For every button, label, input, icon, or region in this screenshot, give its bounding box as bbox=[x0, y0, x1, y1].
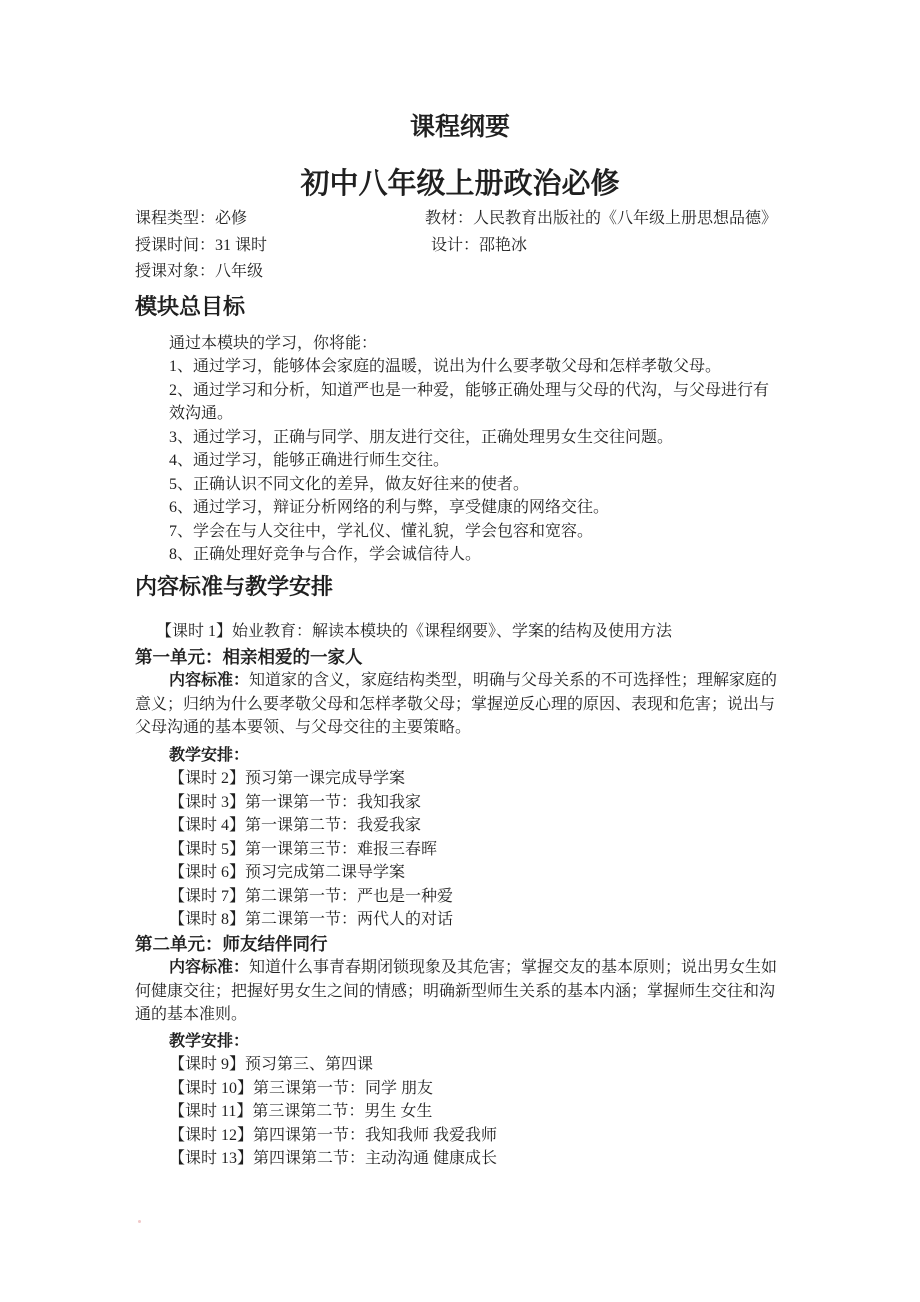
goal-line-7: 7、学会在与人交往中，学礼仪、懂礼貌，学会包容和宽容。 bbox=[169, 520, 785, 544]
unit2-content-standard: 内容标准：知道什么事青春期闭锁现象及其危害；掌握交友的基本原则；说出男女生如 何… bbox=[135, 956, 785, 1027]
goal-line-8: 8、正确处理好竞争与合作，学会诚信待人。 bbox=[169, 543, 785, 567]
lesson-item-9: 【课时 9】预习第三、第四课 bbox=[169, 1053, 785, 1077]
course-type-text: 课程类型：必修 bbox=[135, 206, 425, 233]
unit1-standard-label: 内容标准： bbox=[169, 672, 249, 689]
unit2-standard-text-1: 知道什么事青春期闭锁现象及其危害；掌握交友的基本原则；说出男女生如 bbox=[249, 959, 777, 976]
unit1-standard-line-2: 意义；归纳为什么要孝敬父母和怎样孝敬父母；掌握逆反心理的原因、表现和危害；说出与 bbox=[135, 693, 785, 717]
unit1-heading: 第一单元：相亲相爱的一家人 bbox=[135, 646, 785, 670]
document-title: 课程纲要 bbox=[135, 112, 785, 144]
course-info-block: 课程类型：必修 教材：人民教育出版社的《八年级上册思想品德》 授课时间：31 课… bbox=[135, 206, 785, 286]
lesson-item-8: 【课时 8】第二课第一节：两代人的对话 bbox=[169, 908, 785, 932]
module-goals-list: 通过本模块的学习，你将能： 1、通过学习，能够体会家庭的温暖，说出为什么要孝敬父… bbox=[135, 332, 785, 567]
lesson-item-4: 【课时 4】第一课第二节：我爱我家 bbox=[169, 814, 785, 838]
lesson-item-12: 【课时 12】第四课第一节：我知我师 我爱我师 bbox=[169, 1124, 785, 1148]
lesson-item-10: 【课时 10】第三课第一节：同学 朋友 bbox=[169, 1077, 785, 1101]
lesson-item-1: 【课时 1】始业教育：解读本模块的《课程纲要》、学案的结构及使用方法 bbox=[156, 620, 785, 644]
lesson-item-11: 【课时 11】第三课第二节：男生 女生 bbox=[169, 1100, 785, 1124]
info-row-2: 授课时间：31 课时 设计：邵艳冰 bbox=[135, 233, 785, 260]
audience-text: 授课对象：八年级 bbox=[135, 259, 425, 286]
unit2-standard-line-3: 通的基本准则。 bbox=[135, 1003, 785, 1027]
info-row-3: 授课对象：八年级 bbox=[135, 259, 785, 286]
unit1-lessons-list: 【课时 2】预习第一课完成导学案 【课时 3】第一课第一节：我知我家 【课时 4… bbox=[135, 767, 785, 932]
unit2-standard-line-1: 内容标准：知道什么事青春期闭锁现象及其危害；掌握交友的基本原则；说出男女生如 bbox=[169, 956, 785, 980]
unit1-arrangement-label: 教学安排： bbox=[169, 744, 785, 768]
lesson-item-13: 【课时 13】第四课第二节：主动沟通 健康成长 bbox=[169, 1147, 785, 1171]
section-heading-content-standards: 内容标准与教学安排 bbox=[135, 573, 785, 601]
designer-text: 设计：邵艳冰 bbox=[425, 233, 785, 260]
unit2-standard-label: 内容标准： bbox=[169, 959, 249, 976]
textbook-text: 教材：人民教育出版社的《八年级上册思想品德》 bbox=[425, 206, 785, 233]
unit2-lessons-list: 【课时 9】预习第三、第四课 【课时 10】第三课第一节：同学 朋友 【课时 1… bbox=[135, 1053, 785, 1171]
document-subtitle: 初中八年级上册政治必修 bbox=[135, 166, 785, 202]
unit1-content-standard: 内容标准：知道家的含义，家庭结构类型，明确与父母关系的不可选择性；理解家庭的 意… bbox=[135, 669, 785, 740]
document-content: 课程纲要 初中八年级上册政治必修 课程类型：必修 教材：人民教育出版社的《八年级… bbox=[135, 0, 785, 1171]
duration-text: 授课时间：31 课时 bbox=[135, 233, 425, 260]
lesson-item-3: 【课时 3】第一课第一节：我知我家 bbox=[169, 791, 785, 815]
unit2-arrangement-label: 教学安排： bbox=[169, 1030, 785, 1054]
unit2-heading: 第二单元：师友结伴同行 bbox=[135, 933, 785, 957]
goal-line-1: 1、通过学习，能够体会家庭的温暖，说出为什么要孝敬父母和怎样孝敬父母。 bbox=[169, 355, 785, 379]
goal-line-6: 6、通过学习，辩证分析网络的利与弊，享受健康的网络交往。 bbox=[169, 496, 785, 520]
info-row-1: 课程类型：必修 教材：人民教育出版社的《八年级上册思想品德》 bbox=[135, 206, 785, 233]
goal-line-5: 5、正确认识不同文化的差异，做友好往来的使者。 bbox=[169, 473, 785, 497]
goals-intro-line: 通过本模块的学习，你将能： bbox=[169, 332, 785, 356]
goal-line-2-continuation: 效沟通。 bbox=[169, 402, 785, 426]
unit1-standard-line-3: 父母沟通的基本要领、与父母交往的主要策略。 bbox=[135, 716, 785, 740]
lesson-item-5: 【课时 5】第一课第三节：难报三春晖 bbox=[169, 838, 785, 862]
lesson-item-6: 【课时 6】预习完成第二课导学案 bbox=[169, 861, 785, 885]
goal-line-4: 4、通过学习，能够正确进行师生交往。 bbox=[169, 449, 785, 473]
lesson-item-7: 【课时 7】第二课第一节：严也是一种爱 bbox=[169, 885, 785, 909]
unit2-standard-line-2: 何健康交往；把握好男女生之间的情感；明确新型师生关系的基本内涵；掌握师生交往和沟 bbox=[135, 980, 785, 1004]
unit1-standard-line-1: 内容标准：知道家的含义，家庭结构类型，明确与父母关系的不可选择性；理解家庭的 bbox=[169, 669, 785, 693]
goal-line-2: 2、通过学习和分析，知道严也是一种爱，能够正确处理与父母的代沟，与父母进行有 bbox=[169, 379, 785, 403]
lesson-item-2: 【课时 2】预习第一课完成导学案 bbox=[169, 767, 785, 791]
section-heading-module-goals: 模块总目标 bbox=[135, 293, 785, 321]
goal-line-3: 3、通过学习，正确与同学、朋友进行交往，正确处理男女生交往问题。 bbox=[169, 426, 785, 450]
page-artifact-dot bbox=[138, 1220, 141, 1223]
unit1-standard-text-1: 知道家的含义，家庭结构类型，明确与父母关系的不可选择性；理解家庭的 bbox=[249, 672, 777, 689]
document-page: 课程纲要 初中八年级上册政治必修 课程类型：必修 教材：人民教育出版社的《八年级… bbox=[0, 0, 920, 1302]
